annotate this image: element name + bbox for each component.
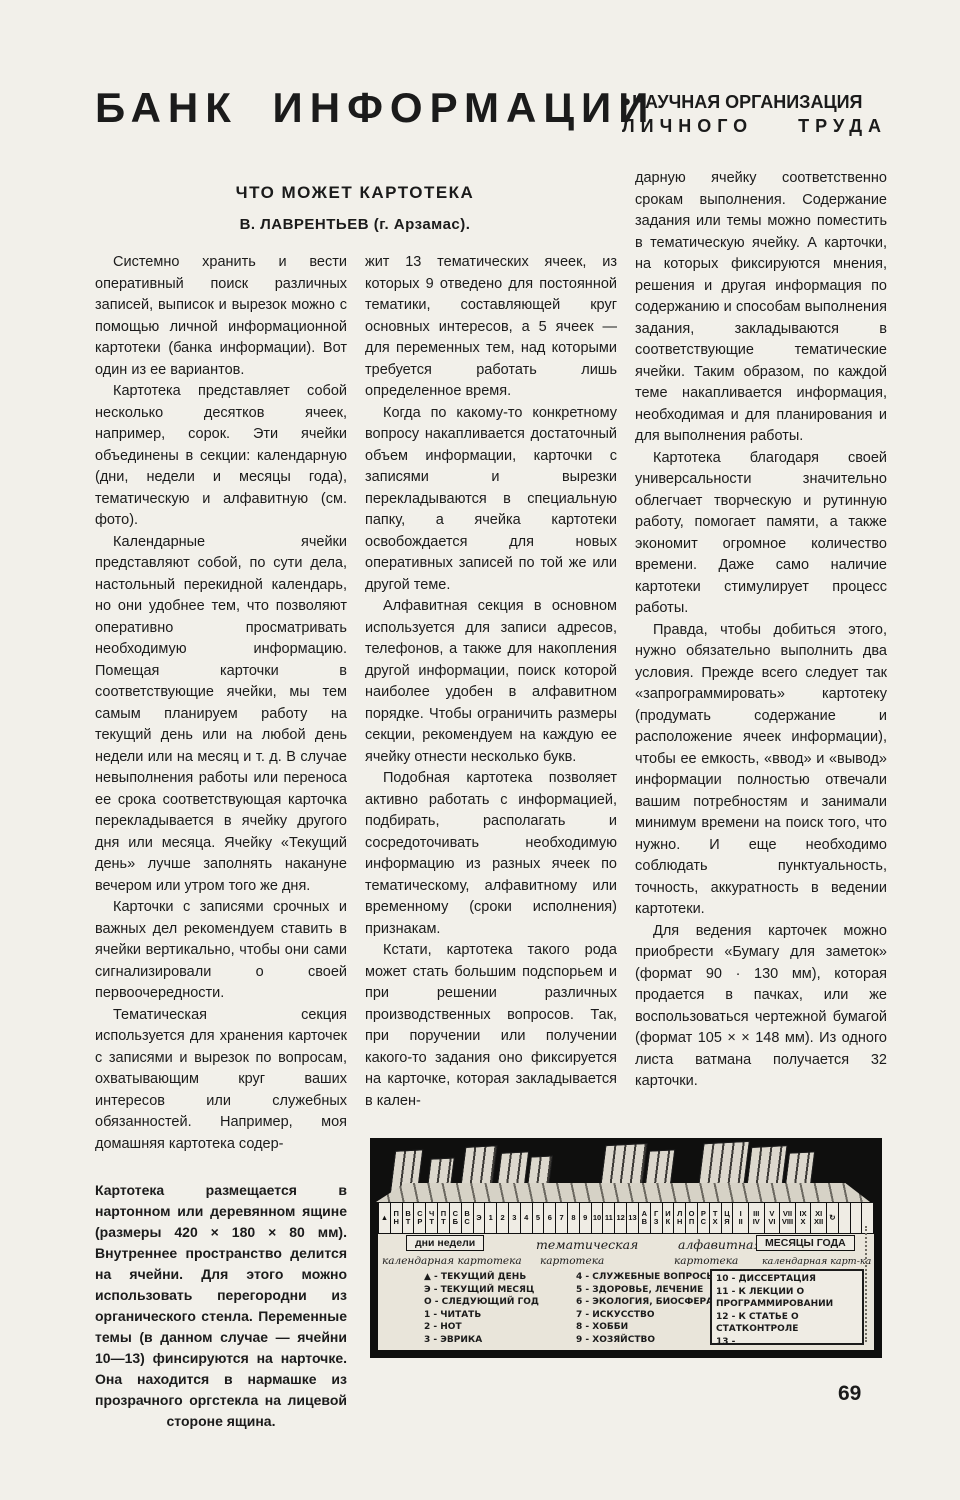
article-author: В. ЛАВРЕНТЬЕВ (г. Арзамас).: [95, 216, 615, 233]
script-label-calendar: календарная картотека: [382, 1255, 522, 1267]
rubric: ●НАУЧНАЯ ОРГАНИЗАЦИЯ ЛИЧНОГО ТРУДА: [622, 90, 880, 138]
tab-cell: ИК: [663, 1203, 675, 1233]
rubric-line1-text: НАУЧНАЯ ОРГАНИЗАЦИЯ: [632, 92, 862, 112]
tab-cell: 2: [497, 1203, 509, 1233]
tab-cell: [839, 1203, 851, 1233]
tab-cell: 5: [533, 1203, 545, 1233]
tab-cell: 10: [592, 1203, 604, 1233]
legend-item: О - СЛЕДУЮЩИЙ ГОД: [424, 1296, 539, 1309]
legend-item: Э - ТЕКУЩИЙ МЕСЯЦ: [424, 1284, 539, 1297]
label-months: МЕСЯЦЫ ГОДА: [756, 1235, 855, 1251]
paragraph: жит 13 тематических ячеек, из которых 9 …: [365, 252, 617, 403]
tab-cell: 1: [485, 1203, 497, 1233]
tab-cell: [862, 1203, 873, 1233]
paragraph: Тематическая секция используется для хра…: [95, 1005, 347, 1156]
legend-item: 6 - ЭКОЛОГИЯ, БИОСФЕРА: [576, 1296, 716, 1309]
card-box-rim: [376, 1183, 870, 1202]
paragraph: Картотека представляет собой несколько д…: [95, 381, 347, 532]
text-column-3: дарную ячейку соответственно срокам выпо…: [635, 168, 887, 1093]
paragraph: Картотека благодаря своей универсальност…: [635, 448, 887, 620]
tab-cell: 4: [521, 1203, 533, 1233]
legend-item: 8 - ХОББИ: [576, 1321, 716, 1334]
tab-cell: 7: [556, 1203, 568, 1233]
legend-item: 4 - СЛУЖЕБНЫЕ ВОПРОСЫ: [576, 1271, 716, 1284]
photo-caption: Картотека размещается в нартонном или де…: [95, 1180, 347, 1432]
tab-cell: СБ: [450, 1203, 462, 1233]
text-column-2: жит 13 тематических ячеек, из которых 9 …: [365, 252, 617, 1112]
tab-row: ▲ПНВТСРЧТПТСБВСЭ12345678910111213АВГЗИКЛ…: [378, 1202, 874, 1234]
tab-cell: РС: [698, 1203, 710, 1233]
tab-cell: 11: [603, 1203, 615, 1233]
tab-cell: VIIVIII: [780, 1203, 796, 1233]
paragraph: Системно хранить и вести оперативный пои…: [95, 252, 347, 381]
legend-box: 10 - ДИССЕРТАЦИЯ11 - К ЛЕКЦИИ О ПРОГРАММ…: [710, 1269, 864, 1345]
legend-column-1: ▲ - ТЕКУЩИЙ ДЕНЬЭ - ТЕКУЩИЙ МЕСЯЦО - СЛЕ…: [424, 1271, 539, 1346]
tab-cell: 9: [580, 1203, 592, 1233]
section-labels: дни недели тематическая алфавитная МЕСЯЦ…: [378, 1234, 874, 1255]
paragraph: Карточки с записями срочных и важных дел…: [95, 897, 347, 1005]
paragraph: Подобная картотека позволяет активно раб…: [365, 768, 617, 940]
tab-cell: ЛН: [674, 1203, 686, 1233]
legend-item: 5 - ЗДОРОВЬЕ, ЛЕЧЕНИЕ: [576, 1284, 716, 1297]
photo-diagram-panel: ▲ПНВТСРЧТПТСБВСЭ12345678910111213АВГЗИКЛ…: [378, 1202, 874, 1350]
paragraph: Алфавитная секция в основном используетс…: [365, 596, 617, 768]
article-title: ЧТО МОЖЕТ КАРТОТЕКА: [95, 183, 615, 203]
paragraph: Кстати, картотека такого рода может стат…: [365, 940, 617, 1112]
article-head: ЧТО МОЖЕТ КАРТОТЕКА В. ЛАВРЕНТЬЕВ (г. Ар…: [95, 183, 615, 233]
legend-item: 13 -: [716, 1336, 858, 1346]
tab-cell: 3: [509, 1203, 521, 1233]
tab-cell: ЧТ: [426, 1203, 438, 1233]
card-file-photo: ▲ПНВТСРЧТПТСБВСЭ12345678910111213АВГЗИКЛ…: [370, 1138, 882, 1358]
rubric-line1: ●НАУЧНАЯ ОРГАНИЗАЦИЯ: [622, 90, 880, 114]
script-label-kartoteka-1: картотека: [540, 1255, 604, 1267]
tab-cell: ВТ: [403, 1203, 415, 1233]
legend-item: 3 - ЭВРИКА: [424, 1334, 539, 1347]
tab-cell: IIIIV: [749, 1203, 765, 1233]
tab-cell: ОП: [686, 1203, 698, 1233]
paragraph: Когда по какому-то конкретному вопросу н…: [365, 403, 617, 597]
card-stacks: [370, 1138, 882, 1202]
paragraph: Для ведения карточек можно приобрести «Б…: [635, 921, 887, 1093]
tab-cell: ПТ: [438, 1203, 450, 1233]
rubric-line2: ЛИЧНОГО ТРУДА: [622, 114, 880, 138]
paragraph: Правда, чтобы добиться этого, нужно обяз…: [635, 620, 887, 921]
legend-item: 2 - НОТ: [424, 1321, 539, 1334]
tab-cell: XIXII: [811, 1203, 827, 1233]
bullet-icon: ●: [622, 93, 631, 110]
tab-cell: III: [733, 1203, 749, 1233]
tab-cell: СР: [414, 1203, 426, 1233]
legend-item: 7 - ИСКУССТВО: [576, 1309, 716, 1322]
magazine-page: БАНК ИНФОРМАЦИИ ●НАУЧНАЯ ОРГАНИЗАЦИЯ ЛИЧ…: [0, 0, 960, 1500]
label-alphabetic: алфавитная: [678, 1237, 762, 1252]
tab-cell: ЦЯ: [722, 1203, 734, 1233]
tab-cell: 6: [544, 1203, 556, 1233]
tab-cell: 13: [627, 1203, 639, 1233]
text-column-1: Системно хранить и вести оперативный пои…: [95, 252, 347, 1155]
legend-item: 11 - К ЛЕКЦИИ О ПРОГРАММИРОВАНИИ: [716, 1286, 858, 1311]
tab-cell: АВ: [639, 1203, 651, 1233]
legend-item: 9 - ХОЗЯЙСТВО: [576, 1334, 716, 1347]
paragraph: Календарные ячейки представляют собой, п…: [95, 532, 347, 898]
tab-cell: Э: [474, 1203, 486, 1233]
paragraph: дарную ячейку соответственно срокам выпо…: [635, 168, 887, 448]
tab-cell: 12: [615, 1203, 627, 1233]
tab-cell: ТХ: [710, 1203, 722, 1233]
legend-item: 1 - ЧИТАТЬ: [424, 1309, 539, 1322]
tab-cell: ↻: [827, 1203, 839, 1233]
script-label-calendar-2: календарная карт-ка: [762, 1256, 871, 1267]
legend-item: 12 - К СТАТЬЕ О СТАТКОНТРОЛЕ: [716, 1311, 858, 1336]
legend-item: 10 - ДИССЕРТАЦИЯ: [716, 1273, 858, 1286]
tab-cell: ГЗ: [651, 1203, 663, 1233]
tab-cell: [851, 1203, 863, 1233]
legend-column-2: 4 - СЛУЖЕБНЫЕ ВОПРОСЫ5 - ЗДОРОВЬЕ, ЛЕЧЕН…: [576, 1271, 716, 1346]
tab-cell: IXX: [796, 1203, 812, 1233]
tab-cell: ПН: [391, 1203, 403, 1233]
script-label-kartoteka-2: картотека: [674, 1255, 738, 1267]
page-title: БАНК ИНФОРМАЦИИ: [95, 84, 655, 132]
dotted-line: [865, 1226, 867, 1342]
tab-cell: 8: [568, 1203, 580, 1233]
legend-item: ▲ - ТЕКУЩИЙ ДЕНЬ: [424, 1271, 539, 1284]
label-thematic: тематическая: [536, 1237, 638, 1252]
page-number: 69: [838, 1382, 861, 1406]
tab-cell: ВС: [462, 1203, 474, 1233]
photo-legend: ▲ - ТЕКУЩИЙ ДЕНЬЭ - ТЕКУЩИЙ МЕСЯЦО - СЛЕ…: [378, 1268, 874, 1350]
tab-cell: VVI: [765, 1203, 781, 1233]
label-days: дни недели: [406, 1235, 484, 1251]
tab-cell: ▲: [379, 1203, 391, 1233]
